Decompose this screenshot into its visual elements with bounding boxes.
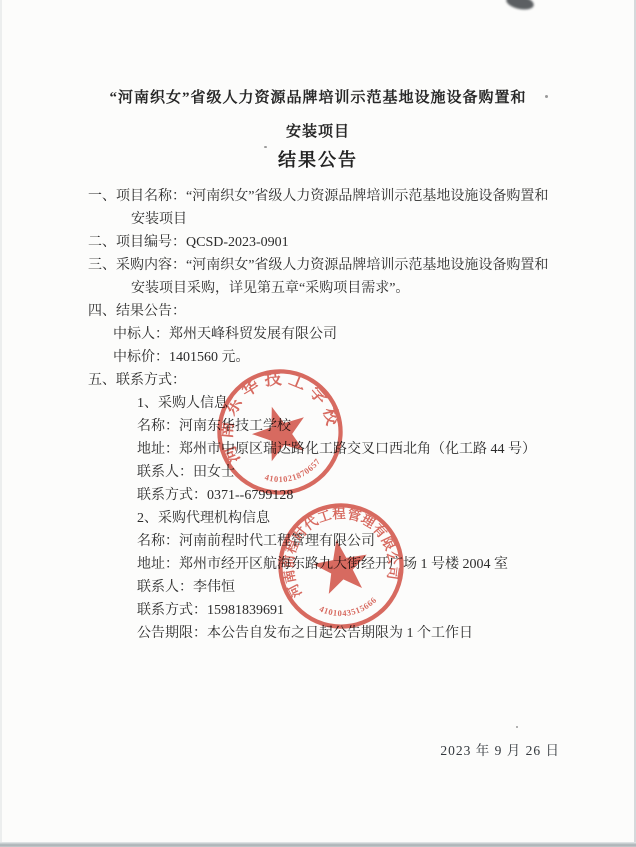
line-result-header: 四、结果公告： — [88, 300, 636, 323]
scanned-document-page: “河南织女”省级人力资源品牌培训示范基地设施设备购置和 安装项目 结果公告 一、… — [0, 0, 636, 847]
scan-smudge — [505, 0, 535, 12]
document-title-line1: “河南织女”省级人力资源品牌培训示范基地设施设备购置和 — [0, 86, 636, 107]
line-winning-price: 中标价：1401560 元。 — [113, 346, 636, 369]
document-date: 2023 年 9 月 26 日 — [440, 739, 560, 759]
line-procurement-cont: 安装项目采购，详见第五章“采购项目需求”。 — [131, 277, 636, 300]
line-contact-header: 五、联系方式： — [88, 369, 636, 392]
line-project-name: 一、项目名称：“河南织女”省级人力资源品牌培训示范基地设施设备购置和 — [88, 185, 636, 208]
scan-edge-bottom — [0, 842, 636, 847]
scan-speck — [264, 146, 267, 148]
scan-edge-left — [0, 0, 2, 847]
line-project-name-cont: 安装项目 — [131, 208, 636, 231]
document-title-line2: 安装项目 — [0, 120, 636, 141]
scan-speck — [516, 726, 518, 728]
star-icon — [246, 398, 314, 464]
line-procurement-content: 三、采购内容：“河南织女”省级人力资源品牌培训示范基地设施设备购置和 — [88, 254, 636, 277]
star-icon — [309, 535, 372, 596]
scan-speck — [545, 95, 548, 98]
document-heading: 结果公告 — [0, 146, 636, 172]
agency-seal-stamp-icon: 河南前程时代工程管理有限公司 4101043515666 — [243, 468, 440, 665]
line-winner: 中标人：郑州天峰科贸发展有限公司 — [113, 323, 636, 346]
line-project-number: 二、项目编号：QCSD-2023-0901 — [88, 231, 636, 254]
